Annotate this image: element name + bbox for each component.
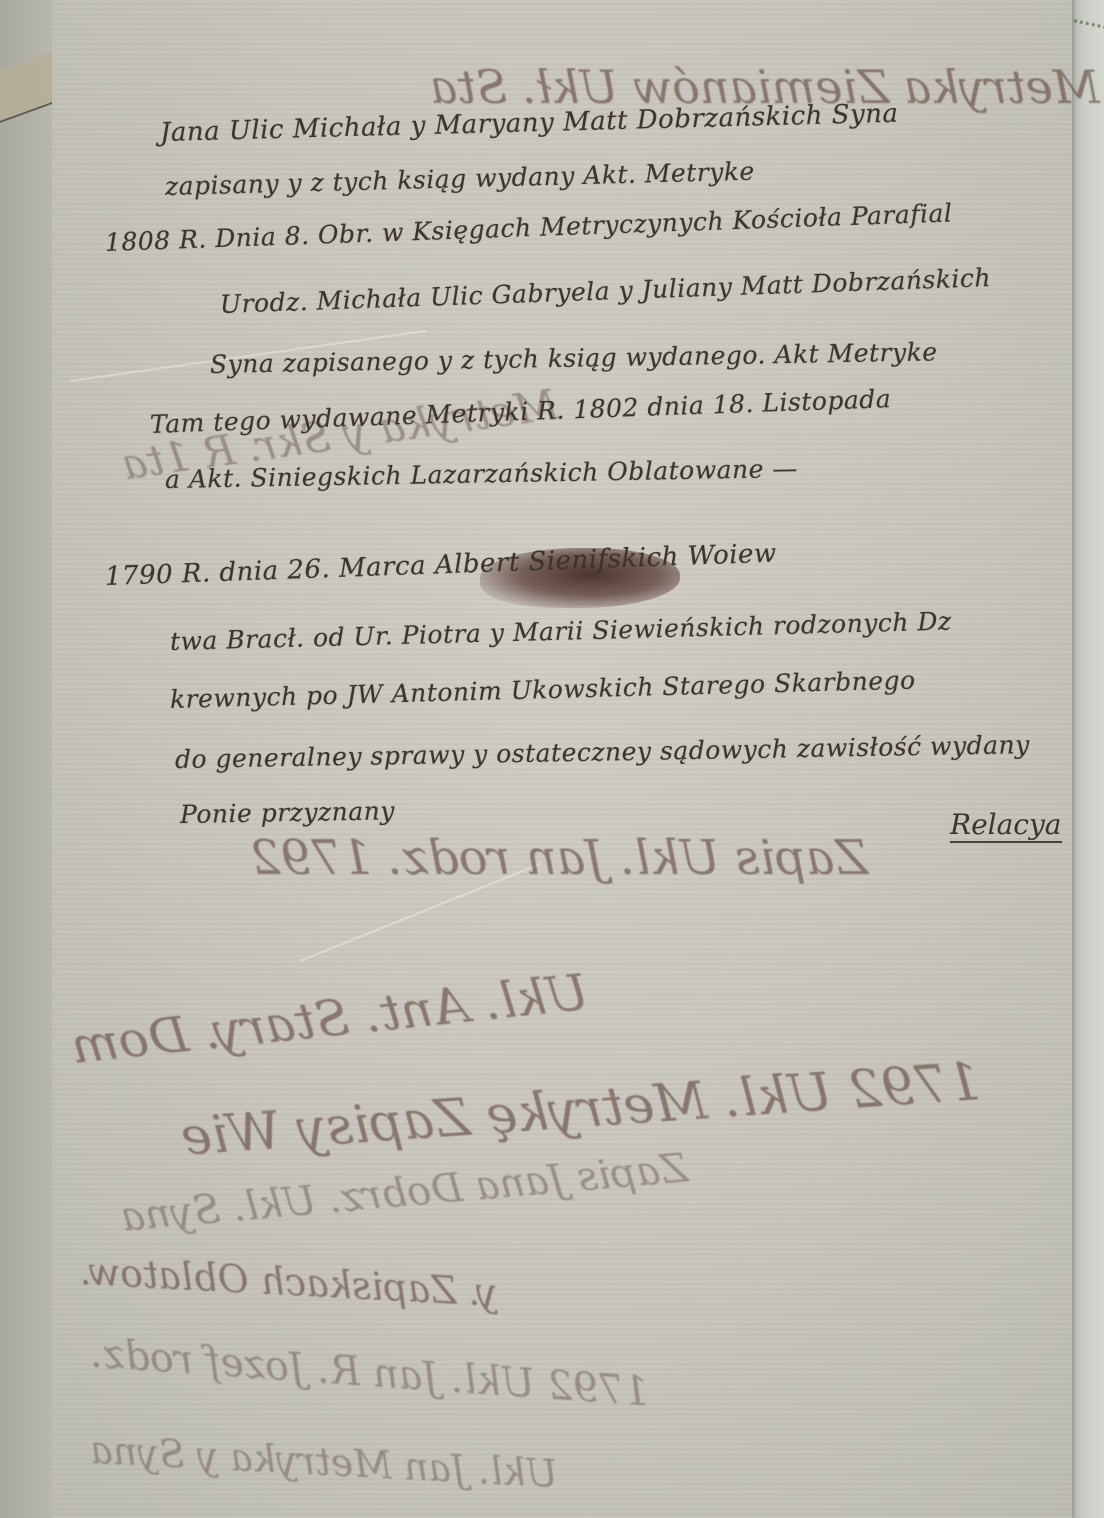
entry-3-line-5: Ponie przyznany [180, 796, 395, 829]
bleed-through-line: Zapis Ukl. Jan rodz. 1792 [250, 830, 868, 886]
margin-note-relacya: Relacya [950, 808, 1062, 843]
adjacent-page-edge [1068, 0, 1104, 1518]
